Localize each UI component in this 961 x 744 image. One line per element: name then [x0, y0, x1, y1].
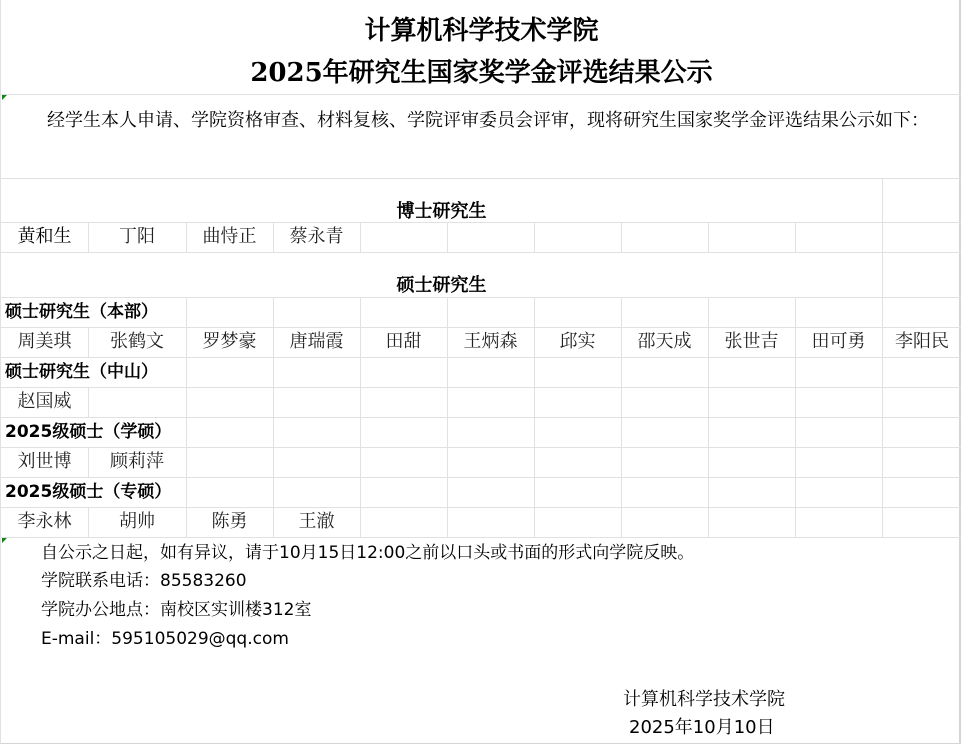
masters-name: 周美琪	[1, 327, 88, 357]
gridline	[795, 222, 796, 252]
masters-name: 邵天成	[621, 327, 708, 357]
cell-marker-icon	[2, 95, 7, 100]
masters-name: 胡帅	[88, 507, 186, 537]
masters-name: 唐瑞霞	[273, 327, 360, 357]
contact-phone: 学院联系电话：85583260	[41, 567, 247, 596]
doctoral-name: 蔡永青	[273, 222, 360, 252]
masters-name: 田可勇	[795, 327, 882, 357]
doctoral-name: 黄和生	[1, 222, 88, 252]
gridline	[88, 447, 89, 477]
masters-name: 李永林	[1, 507, 88, 537]
gridline	[88, 507, 89, 537]
masters-name: 王炳森	[447, 327, 534, 357]
gridline	[447, 222, 448, 252]
masters-name: 赵国威	[1, 387, 88, 417]
signature-org: 计算机科学技术学院	[623, 685, 785, 711]
gridline	[795, 297, 796, 537]
doctoral-name: 曲恃正	[186, 222, 273, 252]
gridline	[1, 537, 961, 538]
gridline	[1, 178, 961, 179]
masters-name: 陈勇	[186, 507, 273, 537]
masters-name: 田甜	[360, 327, 447, 357]
gridline	[882, 222, 883, 252]
masters-name: 李阳民	[882, 327, 961, 357]
contact-email: E-mail：595105029@qq.com	[41, 625, 289, 654]
masters-name: 张世吉	[708, 327, 795, 357]
signature-date: 2025年10月10日	[629, 713, 775, 739]
gridline	[882, 297, 883, 537]
title-announcement: 2025年研究生国家奖学金评选结果公示	[1, 52, 961, 89]
gridline	[360, 222, 361, 252]
gridline	[273, 222, 274, 252]
gridline	[1, 252, 961, 253]
gridline	[534, 297, 535, 537]
masters-name: 顾莉萍	[88, 447, 186, 477]
masters-name: 刘世博	[1, 447, 88, 477]
spreadsheet: 计算机科学技术学院 2025年研究生国家奖学金评选结果公示 经学生本人申请、学院…	[0, 0, 961, 744]
gridline	[621, 297, 622, 537]
gridline	[708, 222, 709, 252]
gridline	[1, 94, 961, 95]
gridline	[534, 222, 535, 252]
masters-name: 王澈	[273, 507, 360, 537]
masters-name: 张鹤文	[88, 327, 186, 357]
gridline	[186, 222, 187, 252]
gridline	[88, 387, 89, 417]
group-label-main-campus: 硕士研究生（本部）	[5, 297, 158, 327]
masters-name: 邱实	[534, 327, 621, 357]
gridline	[273, 297, 274, 537]
group-label-zhongshan: 硕士研究生（中山）	[5, 357, 158, 387]
gridline	[1, 387, 961, 388]
group-label-professional-2025: 2025级硕士（专硕）	[5, 477, 171, 507]
masters-heading: 硕士研究生	[1, 271, 882, 297]
gridline	[88, 222, 89, 252]
gridline	[186, 297, 187, 537]
doctoral-heading: 博士研究生	[1, 197, 882, 223]
objection-notice: 自公示之日起，如有异议，请于10月15日12:00之前以口头或书面的形式向学院反…	[41, 539, 694, 568]
intro-paragraph: 经学生本人申请、学院资格审查、材料复核、学院评审委员会评审，现将研究生国家奖学金…	[3, 106, 953, 136]
doctoral-name: 丁阳	[88, 222, 186, 252]
title-college: 计算机科学技术学院	[1, 10, 961, 47]
office-address: 学院办公地点：南校区实训楼312室	[41, 596, 311, 625]
masters-name: 罗梦豪	[186, 327, 273, 357]
gridline	[360, 297, 361, 537]
gridline	[447, 297, 448, 537]
gridline	[621, 222, 622, 252]
gridline	[882, 252, 883, 297]
group-label-academic-2025: 2025级硕士（学硕）	[5, 417, 171, 447]
gridline	[88, 327, 89, 357]
gridline	[882, 178, 883, 222]
cell-marker-icon	[2, 538, 7, 543]
gridline	[708, 297, 709, 537]
